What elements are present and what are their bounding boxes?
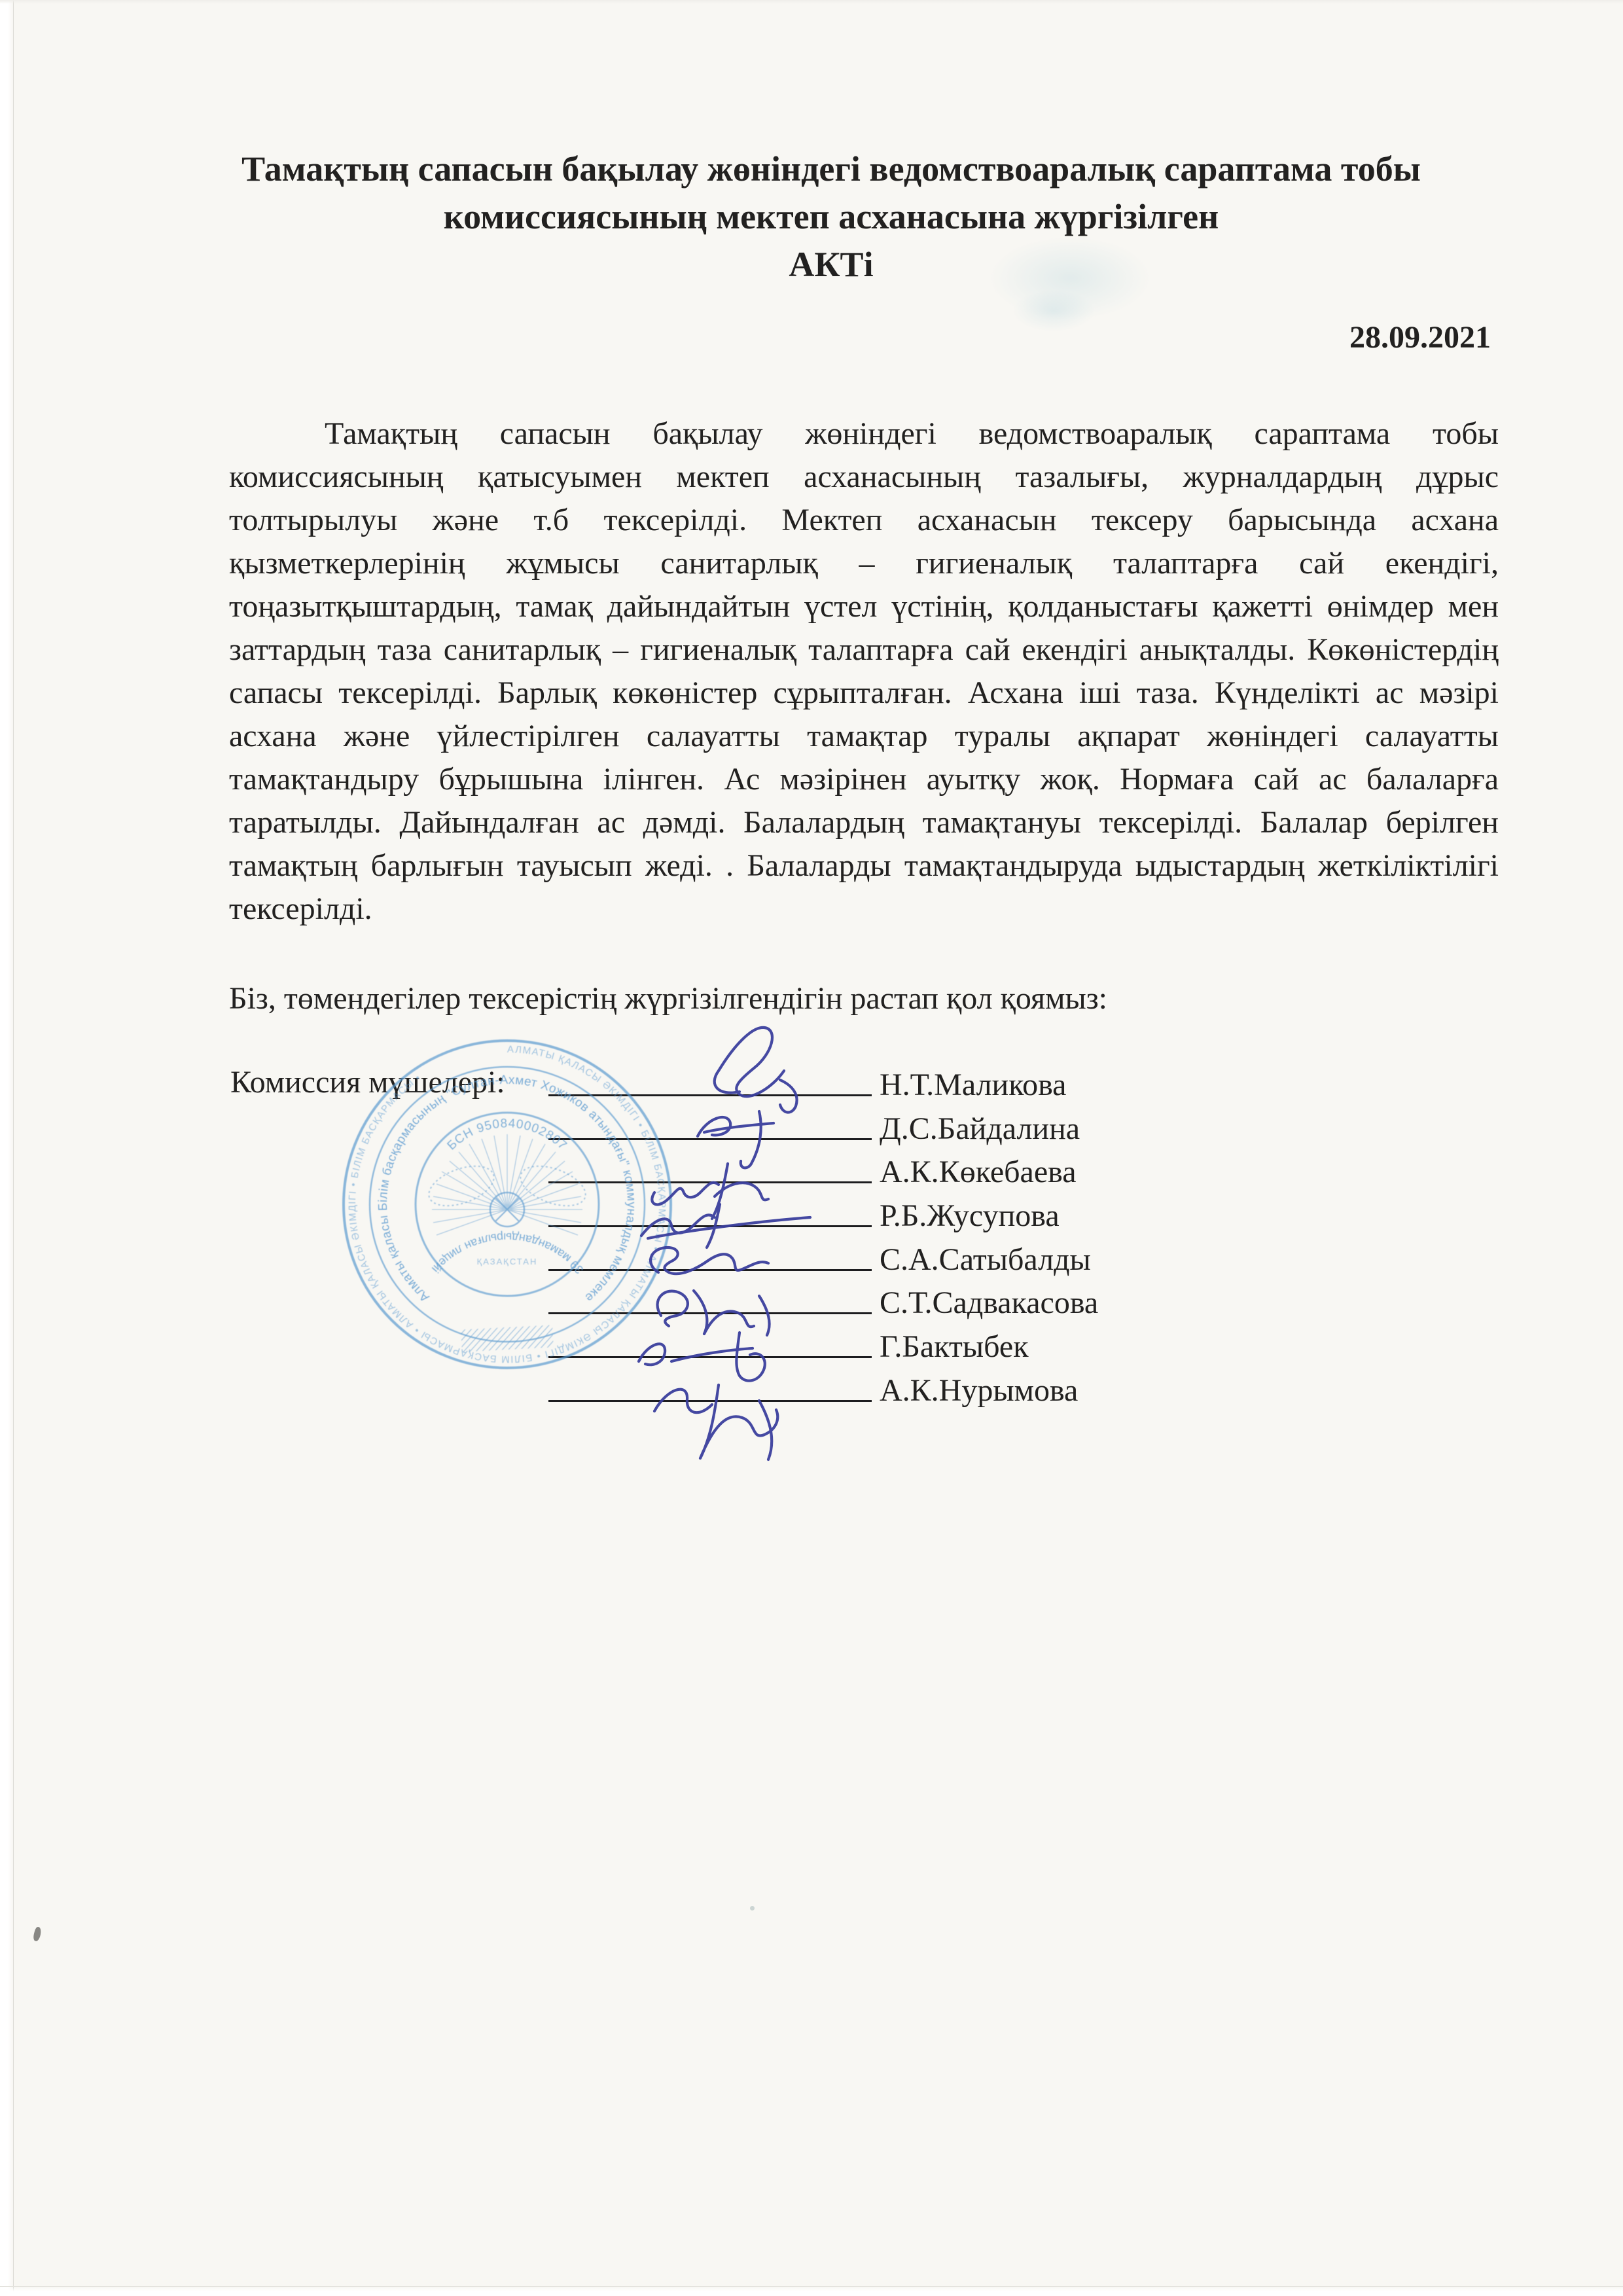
member-name: А.К.Көкебаева [880,1154,1077,1190]
scan-edge-top [0,0,1623,4]
title-line-2: комиссиясының мектеп асханасына жүргізіл… [190,193,1472,241]
member-name: С.Т.Садвакасова [880,1285,1098,1321]
body-line: таратылды. Дайындалған ас дәмді. Балалар… [229,801,1499,844]
document-title: Тамақтың сапасын бақылау жөніндегі ведом… [190,145,1472,289]
member-name: С.А.Сатыбалды [880,1242,1091,1278]
member-name: Д.С.Байдалина [880,1111,1080,1147]
signature-ink [652,1164,768,1219]
signature-ink [651,1247,768,1274]
emblem-caption: ҚАЗАҚСТАН [477,1257,538,1266]
scan-edge-bottom [0,2286,1623,2296]
member-name: Г.Бактыбек [880,1329,1029,1365]
title-line-3: АКТі [190,241,1472,289]
body-line: қызметкерлерінің жұмысы санитарлық – гиг… [229,542,1499,585]
member-name: Р.Б.Жусупова [880,1198,1060,1234]
body-line: асхана және үйлестірілген салауатты тама… [229,715,1499,758]
body-line: тамақтандыру бұрышына ілінген. Ас мәзірі… [229,758,1499,801]
stamp-hatched-box [461,1325,554,1352]
body-line: заттардың таза санитарлық – гигиеналық т… [229,628,1499,672]
body-line: комиссиясының қатысуымен мектеп асханасы… [229,456,1499,499]
body-line: тоңазытқыштардың, тамақ дайындайтын үсте… [229,585,1499,628]
signature-ink [698,1111,774,1168]
body-paragraph: Тамақтың сапасын бақылау жөніндегі ведом… [229,412,1499,931]
body-line: тамақтың барлығын тауысып жеді. . Балала… [229,844,1499,888]
scan-speck-small [750,1906,755,1910]
member-name: А.К.Нурымова [880,1372,1078,1408]
document-date: 28.09.2021 [0,319,1491,355]
signature-ink [715,1028,797,1113]
body-line: толтырылуы және т.б тексерілді. Мектеп а… [229,499,1499,542]
body-line: Тамақтың сапасын бақылау жөніндегі ведом… [229,412,1499,456]
member-name: Н.Т.Маликова [880,1067,1066,1103]
signatures-ink-layer [543,1008,897,1492]
scanned-document-page: Тамақтың сапасын бақылау жөніндегі ведом… [0,0,1623,2296]
title-line-1: Тамақтың сапасын бақылау жөніндегі ведом… [190,145,1472,193]
signature-ink [658,1291,770,1335]
scan-speck [32,1926,42,1942]
body-line: сапасы тексерілді. Барлық көкөністер сұр… [229,672,1499,715]
signature-ink [641,1204,810,1247]
signature-ink [654,1385,777,1460]
body-line: тексерілді. [229,888,1499,931]
signature-ink [639,1333,765,1381]
